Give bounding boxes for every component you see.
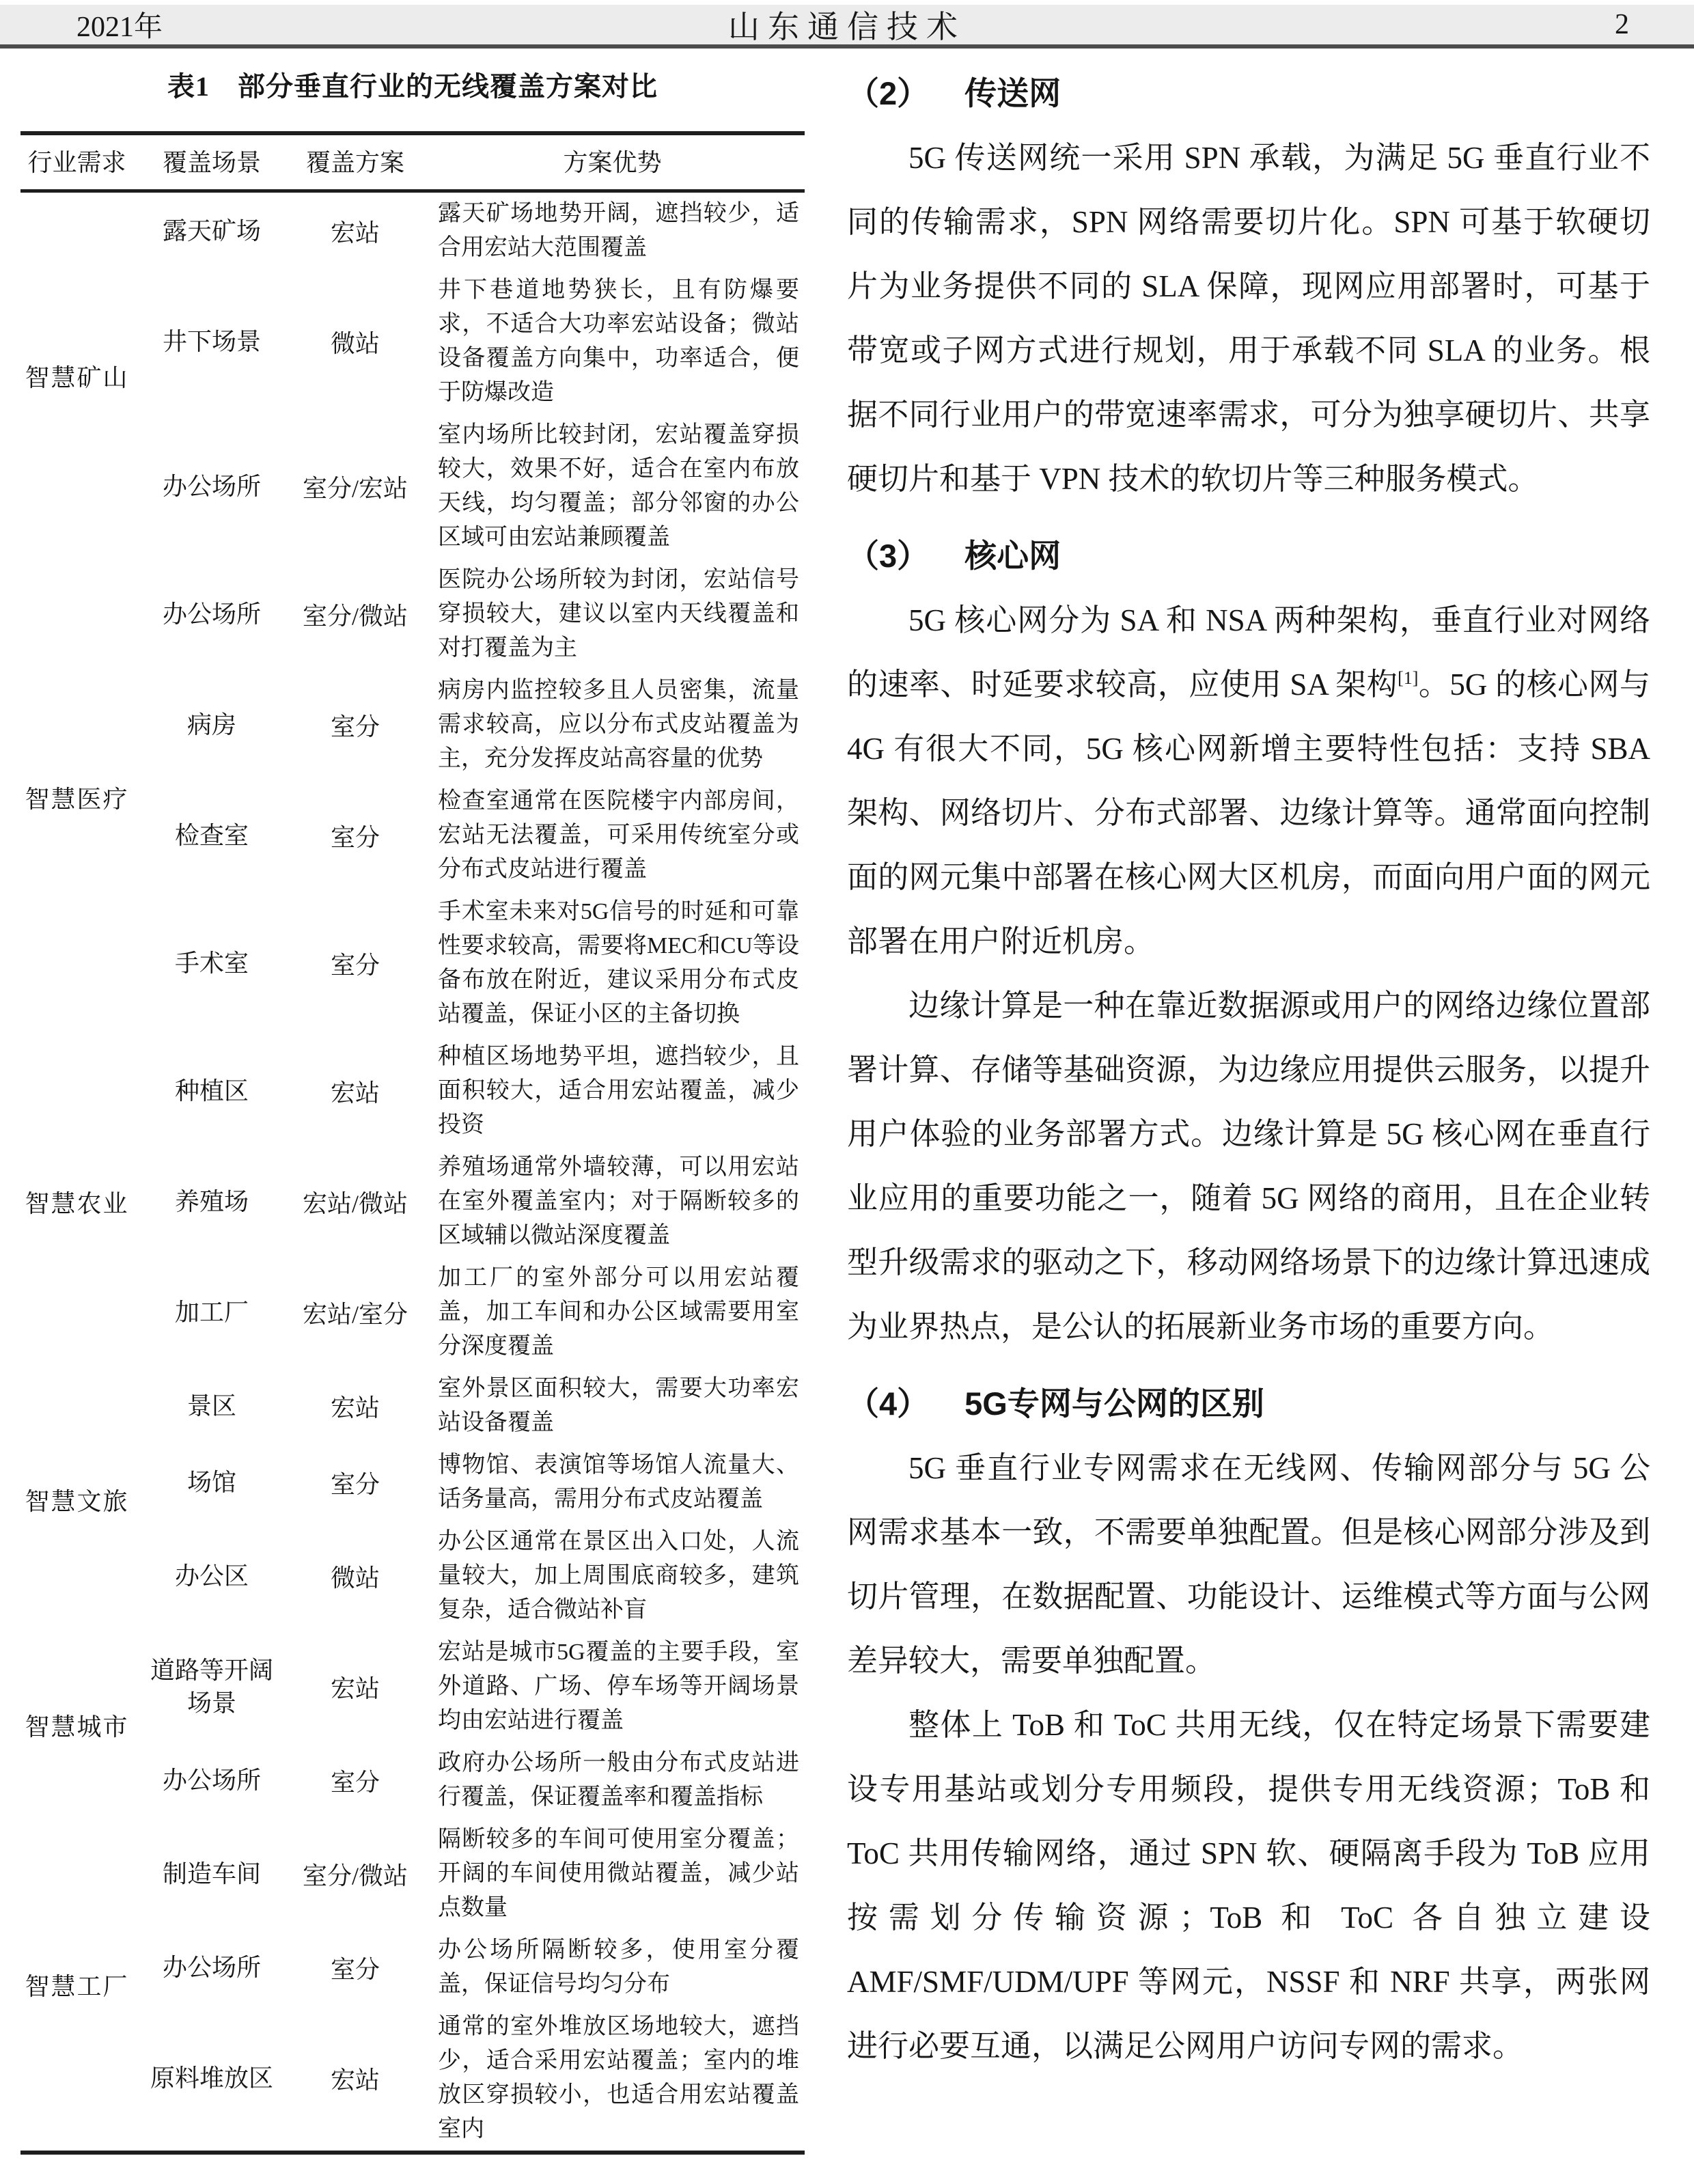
header-year: 2021年 bbox=[0, 4, 294, 45]
section-number: （2） bbox=[847, 75, 929, 111]
table-row: 手术室室分手术室未来对5G信号的时延和可靠性要求较高，需要将MEC和CU等设备布… bbox=[20, 891, 805, 1036]
section-heading: （2）传送网 bbox=[847, 61, 1650, 126]
scene-cell: 养殖场 bbox=[133, 1146, 290, 1257]
table-row: 办公场所室分/宏站室内场所比较封闭，宏站覆盖穿损较大，效果不好，适合在室内布放天… bbox=[20, 414, 805, 559]
scene-cell: 露天矿场 bbox=[133, 191, 290, 270]
plan-cell: 宏站 bbox=[290, 191, 420, 270]
advantage-cell: 办公场所隔断较多，使用室分覆盖，保证信号均匀分布 bbox=[420, 1929, 805, 2006]
table-row: 办公场所室分办公场所隔断较多，使用室分覆盖，保证信号均匀分布 bbox=[20, 1929, 805, 2006]
table-row: 办公区微站办公区通常在景区出入口处，人流量较大，加上周围底商较多，建筑复杂，适合… bbox=[20, 1521, 805, 1631]
advantage-cell: 检查室通常在医院楼宇内部房间，宏站无法覆盖，可采用传统室分或分布式皮站进行覆盖 bbox=[420, 780, 805, 891]
col-header-industry: 行业需求 bbox=[20, 133, 133, 191]
plan-cell: 宏站 bbox=[290, 2006, 420, 2153]
text-column: （2）传送网5G 传送网统一采用 SPN 承载，为满足 5G 垂直行业不同的传输… bbox=[847, 49, 1650, 2078]
industry-cell: 智慧城市 bbox=[20, 1631, 133, 1819]
table-row: 智慧工厂制造车间室分/微站隔断较多的车间可使用室分覆盖；开阔的车间使用微站覆盖，… bbox=[20, 1819, 805, 1929]
scene-cell: 井下场景 bbox=[133, 269, 290, 414]
plan-cell: 室分 bbox=[290, 669, 420, 780]
table-row: 智慧城市道路等开阔场景宏站宏站是城市5G覆盖的主要手段，室外道路、广场、停车场等… bbox=[20, 1631, 805, 1742]
scene-cell: 场馆 bbox=[133, 1444, 290, 1521]
scene-cell: 检查室 bbox=[133, 780, 290, 891]
section-title: 核心网 bbox=[964, 538, 1061, 574]
section-heading: （3）核心网 bbox=[847, 523, 1650, 588]
body-paragraph: 5G 传送网统一采用 SPN 承载，为满足 5G 垂直行业不同的传输需求，SPN… bbox=[847, 126, 1650, 511]
table-header-row: 行业需求 覆盖场景 覆盖方案 方案优势 bbox=[20, 133, 805, 191]
scene-cell: 办公场所 bbox=[133, 1742, 290, 1819]
advantage-cell: 室外景区面积较大，需要大功率宏站设备覆盖 bbox=[420, 1368, 805, 1444]
advantage-cell: 室内场所比较封闭，宏站覆盖穿损较大，效果不好，适合在室内布放天线，均匀覆盖；部分… bbox=[420, 414, 805, 559]
scene-cell: 种植区 bbox=[133, 1036, 290, 1146]
industry-cell: 智慧工厂 bbox=[20, 1819, 133, 2153]
industry-cell: 智慧医疗 bbox=[20, 559, 133, 1036]
scene-cell: 道路等开阔场景 bbox=[133, 1631, 290, 1742]
body-paragraph: 5G 核心网分为 SA 和 NSA 两种架构，垂直行业对网络的速率、时延要求较高… bbox=[847, 588, 1650, 973]
scene-cell: 办公区 bbox=[133, 1521, 290, 1631]
plan-cell: 宏站 bbox=[290, 1036, 420, 1146]
section-title: 传送网 bbox=[964, 75, 1061, 111]
plan-cell: 微站 bbox=[290, 269, 420, 414]
plan-cell: 室分/宏站 bbox=[290, 414, 420, 559]
advantage-cell: 种植区场地势平坦，遮挡较少，且面积较大，适合用宏站覆盖，减少投资 bbox=[420, 1036, 805, 1146]
table-row: 原料堆放区宏站通常的室外堆放区场地较大，遮挡少，适合采用宏站覆盖；室内的堆放区穿… bbox=[20, 2006, 805, 2153]
plan-cell: 宏站/微站 bbox=[290, 1146, 420, 1257]
col-header-advantage: 方案优势 bbox=[420, 133, 805, 191]
industry-cell: 智慧农业 bbox=[20, 1036, 133, 1368]
table-row: 场馆室分博物馆、表演馆等场馆人流量大、话务量高，需用分布式皮站覆盖 bbox=[20, 1444, 805, 1521]
scene-cell: 景区 bbox=[133, 1368, 290, 1444]
body-paragraph: 整体上 ToB 和 ToC 共用无线，仅在特定场景下需要建设专用基站或划分专用频… bbox=[847, 1693, 1650, 2078]
industry-cell: 智慧文旅 bbox=[20, 1368, 133, 1631]
body-paragraph: 5G 垂直行业专网需求在无线网、传输网部分与 5G 公网需求基本一致，不需要单独… bbox=[847, 1436, 1650, 1693]
plan-cell: 室分 bbox=[290, 1444, 420, 1521]
table-row: 病房室分病房内监控较多且人员密集，流量需求较高，应以分布式皮站覆盖为主，充分发挥… bbox=[20, 669, 805, 780]
plan-cell: 宏站/室分 bbox=[290, 1257, 420, 1368]
table-row: 养殖场宏站/微站养殖场通常外墙较薄，可以用宏站在室外覆盖室内；对于隔断较多的区域… bbox=[20, 1146, 805, 1257]
advantage-cell: 隔断较多的车间可使用室分覆盖；开阔的车间使用微站覆盖，减少站点数量 bbox=[420, 1819, 805, 1929]
scene-cell: 办公场所 bbox=[133, 1929, 290, 2006]
scene-cell: 原料堆放区 bbox=[133, 2006, 290, 2153]
table-row: 智慧矿山露天矿场宏站露天矿场地势开阔，遮挡较少，适合用宏站大范围覆盖 bbox=[20, 191, 805, 270]
scene-cell: 加工厂 bbox=[133, 1257, 290, 1368]
scene-cell: 办公场所 bbox=[133, 414, 290, 559]
advantage-cell: 博物馆、表演馆等场馆人流量大、话务量高，需用分布式皮站覆盖 bbox=[420, 1444, 805, 1521]
advantage-cell: 宏站是城市5G覆盖的主要手段，室外道路、广场、停车场等开阔场景均由宏站进行覆盖 bbox=[420, 1631, 805, 1742]
plan-cell: 宏站 bbox=[290, 1631, 420, 1742]
table-row: 加工厂宏站/室分加工厂的室外部分可以用宏站覆盖，加工车间和办公区域需要用室分深度… bbox=[20, 1257, 805, 1368]
advantage-cell: 手术室未来对5G信号的时延和可靠性要求较高，需要将MEC和CU等设备布放在附近，… bbox=[420, 891, 805, 1036]
advantage-cell: 养殖场通常外墙较薄，可以用宏站在室外覆盖室内；对于隔断较多的区域辅以微站深度覆盖 bbox=[420, 1146, 805, 1257]
col-header-scene: 覆盖场景 bbox=[133, 133, 290, 191]
body-paragraph: 边缘计算是一种在靠近数据源或用户的网络边缘位置部署计算、存储等基础资源，为边缘应… bbox=[847, 973, 1650, 1359]
advantage-cell: 办公区通常在景区出入口处，人流量较大，加上周围底商较多，建筑复杂，适合微站补盲 bbox=[420, 1521, 805, 1631]
scene-cell: 制造车间 bbox=[133, 1819, 290, 1929]
advantage-cell: 井下巷道地势狭长，且有防爆要求，不适合大功率宏站设备；微站设备覆盖方向集中，功率… bbox=[420, 269, 805, 414]
plan-cell: 宏站 bbox=[290, 1368, 420, 1444]
scene-cell: 病房 bbox=[133, 669, 290, 780]
page-body: 表1 部分垂直行业的无线覆盖方案对比 行业需求 覆盖场景 覆盖方案 方案优势 智… bbox=[0, 49, 1694, 2155]
header-journal-title: 山东通信技术 bbox=[294, 2, 1400, 47]
advantage-cell: 露天矿场地势开阔，遮挡较少，适合用宏站大范围覆盖 bbox=[420, 191, 805, 270]
plan-cell: 微站 bbox=[290, 1521, 420, 1631]
plan-cell: 室分 bbox=[290, 1742, 420, 1819]
advantage-cell: 医院办公场所较为封闭，宏站信号穿损较大，建议以室内天线覆盖和对打覆盖为主 bbox=[420, 559, 805, 669]
section-number: （4） bbox=[847, 1385, 929, 1422]
citation-ref: [1] bbox=[1398, 668, 1418, 688]
advantage-cell: 加工厂的室外部分可以用宏站覆盖，加工车间和办公区域需要用室分深度覆盖 bbox=[420, 1257, 805, 1368]
advantage-cell: 通常的室外堆放区场地较大，遮挡少，适合采用宏站覆盖；室内的堆放区穿损较小，也适合… bbox=[420, 2006, 805, 2153]
scene-cell: 办公场所 bbox=[133, 559, 290, 669]
table-row: 智慧医疗办公场所室分/微站医院办公场所较为封闭，宏站信号穿损较大，建议以室内天线… bbox=[20, 559, 805, 669]
section-title: 5G专网与公网的区别 bbox=[964, 1385, 1264, 1422]
coverage-table: 行业需求 覆盖场景 覆盖方案 方案优势 智慧矿山露天矿场宏站露天矿场地势开阔，遮… bbox=[20, 131, 805, 2155]
scene-cell: 手术室 bbox=[133, 891, 290, 1036]
coverage-table-body: 智慧矿山露天矿场宏站露天矿场地势开阔，遮挡较少，适合用宏站大范围覆盖井下场景微站… bbox=[20, 191, 805, 2153]
table-column: 表1 部分垂直行业的无线覆盖方案对比 行业需求 覆盖场景 覆盖方案 方案优势 智… bbox=[20, 49, 805, 2155]
table-row: 检查室室分检查室通常在医院楼宇内部房间，宏站无法覆盖，可采用传统室分或分布式皮站… bbox=[20, 780, 805, 891]
table-row: 井下场景微站井下巷道地势狭长，且有防爆要求，不适合大功率宏站设备；微站设备覆盖方… bbox=[20, 269, 805, 414]
table-caption: 表1 部分垂直行业的无线覆盖方案对比 bbox=[20, 65, 805, 104]
plan-cell: 室分 bbox=[290, 1929, 420, 2006]
section-heading: （4）5G专网与公网的区别 bbox=[847, 1371, 1650, 1436]
advantage-cell: 政府办公场所一般由分布式皮站进行覆盖，保证覆盖率和覆盖指标 bbox=[420, 1742, 805, 1819]
table-row: 智慧文旅景区宏站室外景区面积较大，需要大功率宏站设备覆盖 bbox=[20, 1368, 805, 1444]
plan-cell: 室分 bbox=[290, 891, 420, 1036]
table-row: 办公场所室分政府办公场所一般由分布式皮站进行覆盖，保证覆盖率和覆盖指标 bbox=[20, 1742, 805, 1819]
header-page-number: 2 bbox=[1400, 8, 1694, 41]
industry-cell: 智慧矿山 bbox=[20, 191, 133, 559]
advantage-cell: 病房内监控较多且人员密集，流量需求较高，应以分布式皮站覆盖为主，充分发挥皮站高容… bbox=[420, 669, 805, 780]
plan-cell: 室分/微站 bbox=[290, 1819, 420, 1929]
plan-cell: 室分 bbox=[290, 780, 420, 891]
table-row: 智慧农业种植区宏站种植区场地势平坦，遮挡较少，且面积较大，适合用宏站覆盖，减少投… bbox=[20, 1036, 805, 1146]
plan-cell: 室分/微站 bbox=[290, 559, 420, 669]
page-header: 2021年 山东通信技术 2 bbox=[0, 5, 1694, 49]
section-number: （3） bbox=[847, 538, 929, 574]
col-header-plan: 覆盖方案 bbox=[290, 133, 420, 191]
